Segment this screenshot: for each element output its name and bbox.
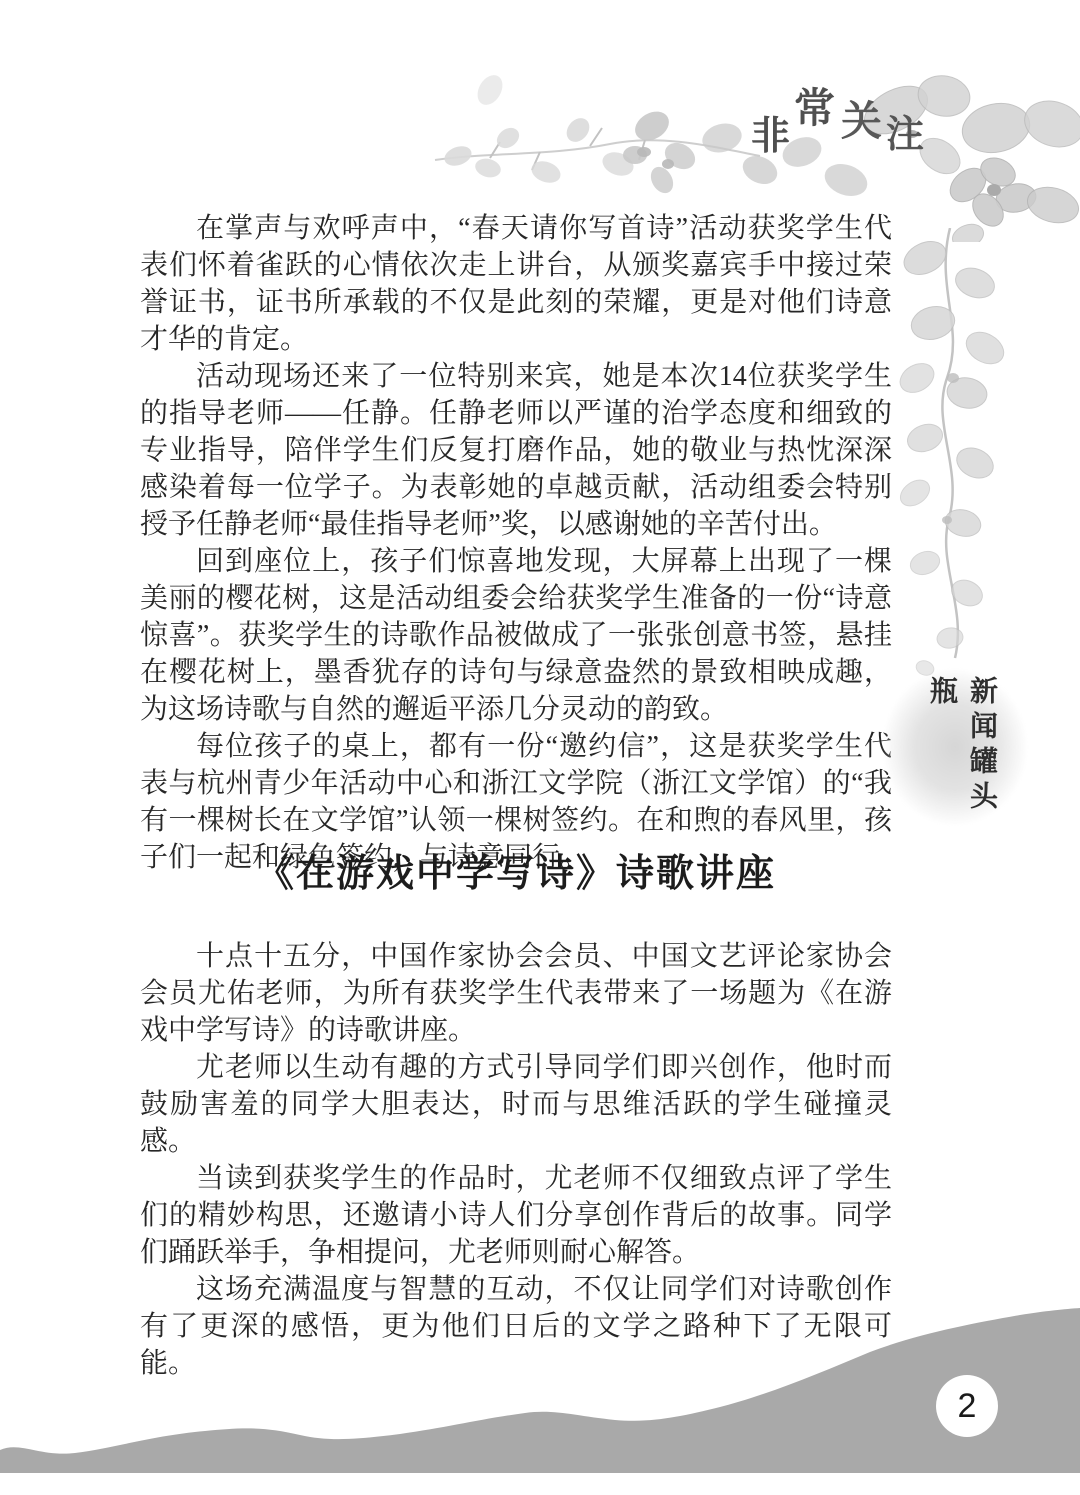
paragraph: 十点十五分，中国作家协会会员、中国文艺评论家协会会员尤佑老师，为所有获奖学生代表… — [140, 938, 892, 1049]
column-vertical-label: 新闻罐头瓶 — [922, 676, 1002, 846]
paragraph: 活动现场还来了一位特别来宾，她是本次14位获奖学生的指导老师——任静。任静老师以… — [140, 358, 892, 543]
page-number: 2 — [958, 1387, 977, 1426]
masthead-char-3: 关 — [841, 101, 882, 142]
masthead-char-1: 非 — [751, 117, 790, 156]
section-heading: 《在游戏中学写诗》诗歌讲座 — [140, 846, 892, 903]
masthead-char-2: 常 — [794, 88, 835, 129]
page-number-badge: 2 — [936, 1375, 998, 1437]
masthead-char-4: 注 — [886, 116, 924, 154]
paragraph: 回到座位上，孩子们惊喜地发现，大屏幕上出现了一棵美丽的樱花树，这是活动组委会给获… — [140, 543, 892, 728]
book-page: 非 常 关 注 在掌声与欢呼声中，“春天请你写首诗”活动获奖学生代表们怀着雀跃的… — [0, 0, 1080, 1495]
wave-footer-decoration — [0, 1295, 1080, 1495]
article-body: 在掌声与欢呼声中，“春天请你写首诗”活动获奖学生代表们怀着雀跃的心情依次走上讲台… — [140, 210, 892, 876]
flower-branch-decoration — [430, 60, 890, 220]
corner-flower-decoration — [848, 0, 1080, 242]
paragraph: 在掌声与欢呼声中，“春天请你写首诗”活动获奖学生代表们怀着雀跃的心情依次走上讲台… — [140, 210, 892, 358]
paragraph: 当读到获奖学生的作品时，尤老师不仅细致点评了学生们的精妙构思，还邀请小诗人们分享… — [140, 1160, 892, 1271]
paragraph: 尤老师以生动有趣的方式引导同学们即兴创作，他时而鼓励害羞的同学大胆表达，时而与思… — [140, 1049, 892, 1160]
